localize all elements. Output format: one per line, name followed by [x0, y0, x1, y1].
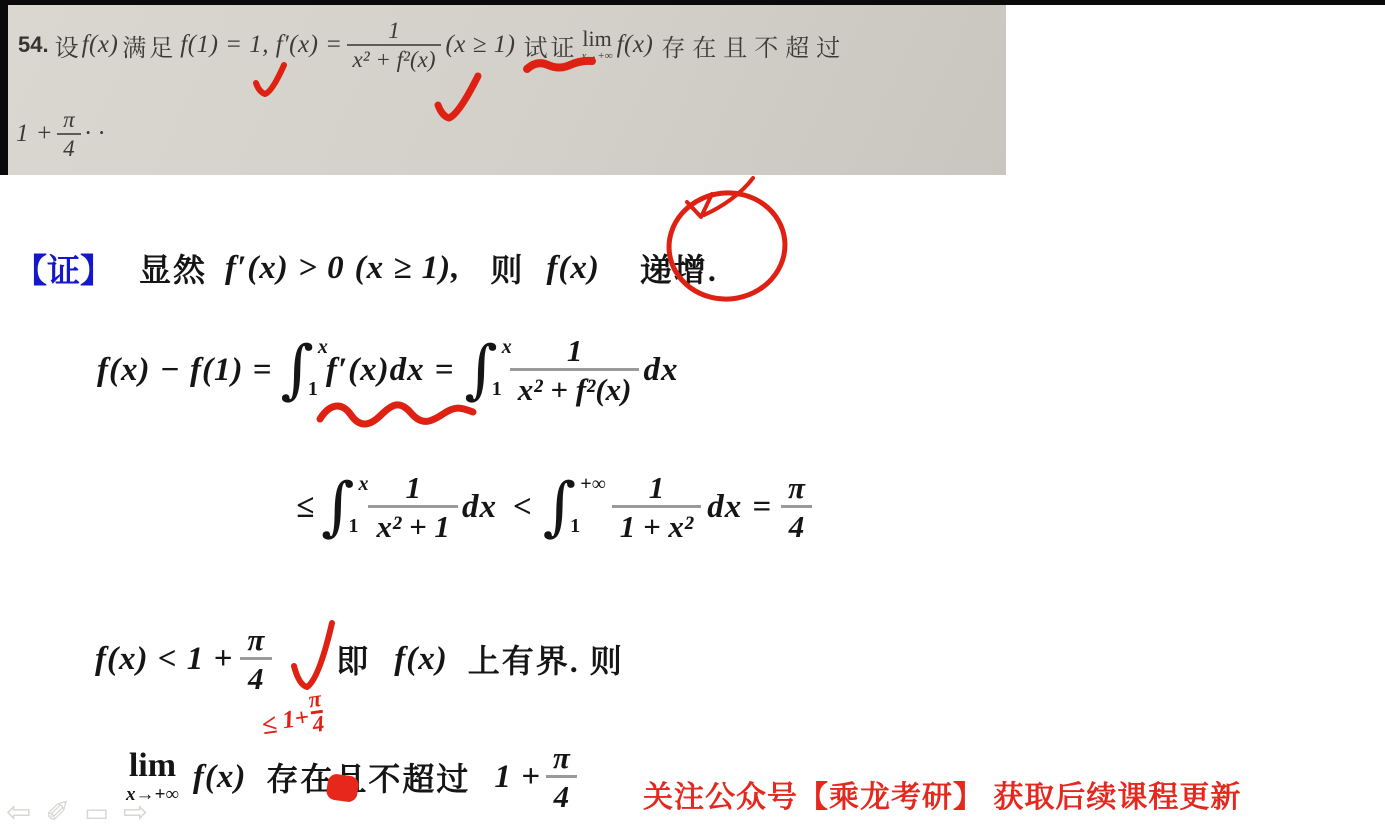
fraction-denominator: 4: [546, 775, 578, 815]
problem-text: 试证: [523, 28, 577, 63]
lim-word: lim: [582, 28, 611, 50]
problem-scan: 54. 设 f(x) 满足 f(1) = 1, f′(x) = 1 x² + f…: [8, 5, 1006, 175]
fraction-numerator: π: [545, 740, 578, 775]
integral-upper: x: [318, 338, 328, 356]
lim-word: lim: [129, 749, 176, 783]
math-fprime-positive: f′(x) > 0: [225, 250, 345, 287]
problem-statement-row: 54. 设 f(x) 满足 f(1) = 1, f′(x) = 1 x² + f…: [18, 9, 847, 81]
proof-line-1: 【证】 显然 f′(x) > 0 (x ≥ 1), 则 f(x) 递增.: [14, 240, 718, 296]
fraction-denominator: 1 + x²: [612, 505, 701, 545]
problem-bound-row: 1 + π 4 · ·: [16, 103, 105, 165]
red-blob-mark: [325, 773, 359, 803]
limit-symbol: lim x→+∞: [581, 28, 612, 62]
math-one-plus: 1 +: [494, 759, 541, 796]
handwritten-one-plus: 1+: [281, 704, 311, 735]
math-fx: f(x): [82, 31, 119, 59]
equals-sign: =: [752, 489, 772, 526]
math-domain: (x ≥ 1),: [355, 250, 461, 287]
board-icon[interactable]: ▭: [84, 798, 109, 828]
promo-text: 关注公众号【乘龙考研】 获取后续课程更新: [643, 772, 1241, 816]
math-fx: f(x): [394, 641, 447, 678]
trailing-dots: · ·: [85, 120, 105, 148]
math-dx: dx: [643, 352, 678, 389]
proof-text: 即: [336, 636, 370, 682]
problem-text: 满足: [122, 28, 176, 63]
handwritten-le: ≤: [260, 708, 279, 741]
integral: ∫ x 1: [281, 336, 320, 404]
fraction-pi-4: π 4: [57, 107, 81, 162]
integral-lower: 1: [570, 517, 596, 535]
problem-text: 存在且不超过: [661, 28, 847, 63]
fraction-numerator: 1: [641, 470, 673, 505]
problem-number: 54.: [18, 32, 49, 58]
integral-lower: 1: [492, 380, 502, 398]
fraction-numerator: 1: [382, 18, 406, 44]
integral-lower: 1: [348, 517, 358, 535]
proof-text: 则: [490, 245, 524, 291]
math-fx: f(x): [546, 250, 599, 287]
fraction-denominator: x² + f²(x): [347, 44, 442, 73]
less-than-sign: <: [513, 489, 533, 526]
proof-text: 上有界. 则: [468, 636, 624, 682]
less-equal-sign: ≤: [296, 489, 315, 526]
problem-text: 设: [55, 28, 82, 63]
proof-line-4: f(x) < 1 + π 4 即 f(x) 上有界. 则: [95, 618, 624, 700]
proof-tag: 【证】: [14, 245, 113, 292]
fraction: 1 x² + f²(x): [347, 18, 442, 73]
fraction-denominator: x² + f²(x): [510, 368, 640, 408]
fraction: 1 1 + x²: [612, 470, 701, 545]
fraction-pi-4: π 4: [239, 622, 272, 697]
proof-line-2: f(x) − f(1) = ∫ x 1 f′(x)dx = ∫ x 1 1 x²…: [97, 330, 678, 410]
fraction-pi-4: π 4: [780, 470, 813, 545]
forward-arrow-icon[interactable]: ⇨: [123, 798, 148, 828]
annotation-toolbar: ⇦ ✐ ▭ ⇨: [6, 798, 148, 828]
fraction-denominator: 4: [57, 133, 81, 162]
integral: ∫ x 1: [321, 473, 360, 541]
left-black-strip: [0, 5, 8, 175]
fraction-denominator: 4: [781, 505, 813, 545]
circle-arrow-tail: [704, 178, 753, 215]
math-conditions: f(1) = 1, f′(x) =: [180, 31, 342, 59]
math-dx: dx: [707, 489, 742, 526]
math-one-plus: 1 +: [16, 120, 53, 148]
pen-icon[interactable]: ✐: [45, 798, 70, 828]
back-arrow-icon[interactable]: ⇦: [6, 798, 31, 828]
integral-lower: 1: [308, 380, 318, 398]
proof-text: 存在且不超过: [266, 754, 470, 800]
equals-sign: =: [435, 352, 455, 389]
circle-arrow-head: [687, 194, 712, 217]
fraction-denominator: 4: [240, 657, 272, 697]
math-domain: (x ≥ 1): [445, 31, 515, 59]
whiteboard-canvas: 54. 设 f(x) 满足 f(1) = 1, f′(x) = 1 x² + f…: [0, 0, 1385, 830]
integral-upper: x: [502, 338, 512, 356]
integral: ∫ x 1: [464, 336, 503, 404]
math-integrand: f′(x)dx: [326, 352, 425, 389]
fraction-numerator: π: [239, 622, 272, 657]
integral-upper: x: [358, 475, 368, 493]
math-fx: f(x): [193, 759, 246, 796]
math-fx-bound: f(x) < 1 +: [95, 641, 233, 678]
fraction-numerator: π: [780, 470, 813, 505]
fraction: 1 x² + 1: [368, 470, 457, 545]
fraction: 1 x² + f²(x): [510, 333, 640, 408]
fraction-denominator: 4: [311, 710, 326, 736]
fraction-numerator: 1: [559, 333, 591, 368]
math-lhs: f(x) − f(1) =: [97, 352, 273, 389]
proof-text: 显然: [139, 245, 207, 291]
fraction-numerator: 1: [397, 470, 429, 505]
fraction-numerator: π: [57, 107, 81, 133]
fraction-denominator: x² + 1: [368, 505, 457, 545]
proof-line-3: ≤ ∫ x 1 1 x² + 1 dx < ∫ +∞ 1 1 1 + x² dx…: [296, 462, 813, 552]
math-fx: f(x): [617, 31, 654, 59]
integral-upper: +∞: [580, 475, 606, 493]
fraction-pi-4: π 4: [545, 740, 578, 815]
lim-subscript: x→+∞: [581, 50, 612, 62]
integral: ∫ +∞ 1: [543, 473, 598, 541]
proof-text-dizeng: 递增.: [640, 245, 718, 291]
math-dx: dx: [462, 489, 497, 526]
